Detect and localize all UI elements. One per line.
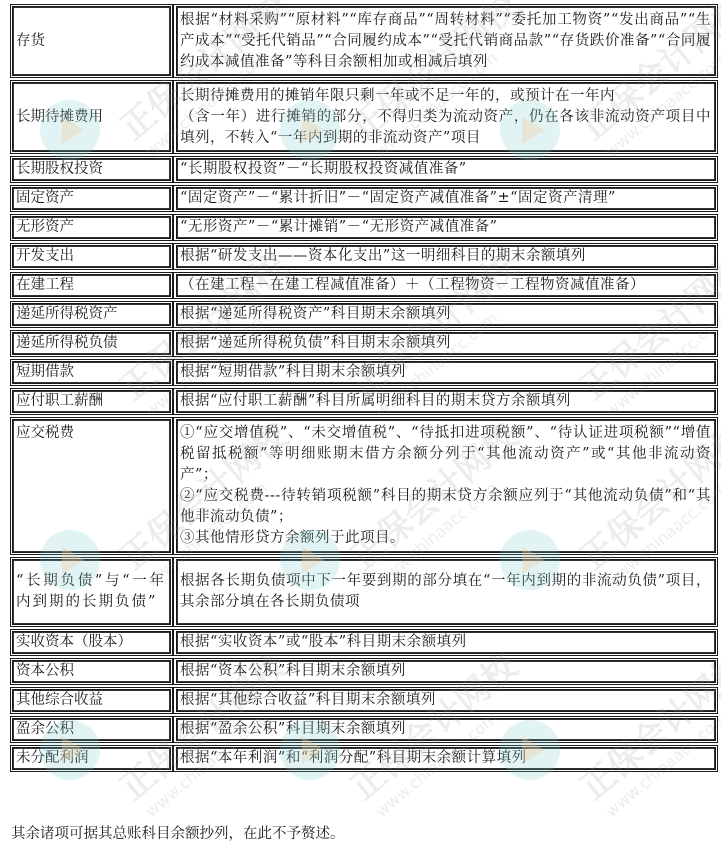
table-body: 存货根据“材料采购”“原材料”“库存商品”“周转材料”“委托加工物资”“发出商品… xyxy=(10,4,718,772)
fill-rule-text: 根据“材料采购”“原材料”“库存商品”“周转材料”“委托加工物资”“发出商品”“… xyxy=(180,10,711,73)
item-name-cell: “长期负债”与“一年内到期的长期负债” xyxy=(10,557,173,627)
fill-rule-cell: 根据各长期负债项中下一年要到期的部分填在“一年内到期的非流动负债”项目，其余部分… xyxy=(173,557,718,627)
item-name-cell: 长期待摊费用 xyxy=(10,80,173,154)
table-row: 递延所得税资产根据“递延所得税资产”科目期末余额填列 xyxy=(10,301,718,328)
fill-rule-cell: 根据“资本公积”科目期末余额填列 xyxy=(173,658,718,685)
item-name-cell: 盈余公积 xyxy=(10,716,173,743)
fill-rule-cell: 根据“短期借款”科目期末余额填列 xyxy=(173,359,718,386)
fill-rule-cell: 根据“递延所得税资产”科目期末余额填列 xyxy=(173,301,718,328)
table-row: 其他综合收益根据“其他综合收益”科目期末余额填列 xyxy=(10,687,718,714)
fill-rule-text: ①“应交增值税”、“未交增值税”、“待抵扣进项税额”、“待认证进项税额”“增值税… xyxy=(180,423,711,486)
fill-rule-text: 根据“应付职工薪酬”科目所属明细科目的期末贷方余额填列 xyxy=(180,391,711,412)
fill-rule-text: 根据“递延所得税负债”科目期末余额填列 xyxy=(180,333,711,354)
item-name-cell: 长期股权投资 xyxy=(10,156,173,183)
fill-rule-text: “无形资产”－“累计摊销”－“无形资产减值准备” xyxy=(180,217,711,238)
item-name-cell: 未分配利润 xyxy=(10,745,173,772)
fill-rule-text: 根据“实收资本”或“股本”科目期末余额填列 xyxy=(180,632,711,653)
item-name-cell: 应付职工薪酬 xyxy=(10,388,173,415)
fill-rule-text: “长期股权投资”－“长期股权投资减值准备” xyxy=(180,159,711,180)
table-row: 应交税费①“应交增值税”、“未交增值税”、“待抵扣进项税额”、“待认证进项税额”… xyxy=(10,417,718,555)
item-name-cell: 应交税费 xyxy=(10,417,173,555)
fill-rule-text: 根据“短期借款”科目期末余额填列 xyxy=(180,362,711,383)
table-row: 短期借款根据“短期借款”科目期末余额填列 xyxy=(10,359,718,386)
table-row: 存货根据“材料采购”“原材料”“库存商品”“周转材料”“委托加工物资”“发出商品… xyxy=(10,4,718,78)
fill-rule-cell: 根据“实收资本”或“股本”科目期末余额填列 xyxy=(173,629,718,656)
item-name-cell: 无形资产 xyxy=(10,214,173,241)
item-name-cell: 资本公积 xyxy=(10,658,173,685)
fill-rule-text: 根据“其他综合收益”科目期末余额填列 xyxy=(180,690,711,711)
fill-rule-cell: 根据“其他综合收益”科目期末余额填列 xyxy=(173,687,718,714)
balance-sheet-fill-rules-table: 存货根据“材料采购”“原材料”“库存商品”“周转材料”“委托加工物资”“发出商品… xyxy=(10,2,718,774)
fill-rule-cell: “长期股权投资”－“长期股权投资减值准备” xyxy=(173,156,718,183)
fill-rule-cell: 根据“材料采购”“原材料”“库存商品”“周转材料”“委托加工物资”“发出商品”“… xyxy=(173,4,718,78)
fill-rule-text: 根据“递延所得税资产”科目期末余额填列 xyxy=(180,304,711,325)
fill-rule-cell: 根据“研发支出——资本化支出”这一明细科目的期末余额填列 xyxy=(173,243,718,270)
fill-rule-text: 根据“研发支出——资本化支出”这一明细科目的期末余额填列 xyxy=(180,246,711,267)
fill-rule-text: 长期待摊费用的摊销年限只剩一年或不足一年的，或预计在一年内 xyxy=(180,86,711,107)
item-name-cell: 固定资产 xyxy=(10,185,173,212)
item-name-cell: 短期借款 xyxy=(10,359,173,386)
fill-rule-text: （含一年）进行摊销的部分，不得归类为流动资产，仍在各该非流动资产项目中填列，不转… xyxy=(180,107,711,149)
fill-rule-cell: “固定资产”－“累计折旧”－“固定资产减值准备”±“固定资产清理” xyxy=(173,185,718,212)
fill-rule-cell: （在建工程－在建工程减值准备）＋（工程物资－工程物资减值准备） xyxy=(173,272,718,299)
item-name-cell: 在建工程 xyxy=(10,272,173,299)
fill-rule-text: ③其他情形贷方余额列于此项目。 xyxy=(180,528,711,549)
table-row: 开发支出根据“研发支出——资本化支出”这一明细科目的期末余额填列 xyxy=(10,243,718,270)
item-name-cell: 开发支出 xyxy=(10,243,173,270)
fill-rule-cell: 根据“本年利润”和“利润分配”科目期末余额计算填列 xyxy=(173,745,718,772)
fill-rule-text: 根据“资本公积”科目期末余额填列 xyxy=(180,661,711,682)
fill-rule-cell: 根据“应付职工薪酬”科目所属明细科目的期末贷方余额填列 xyxy=(173,388,718,415)
fill-rule-cell: 长期待摊费用的摊销年限只剩一年或不足一年的，或预计在一年内（含一年）进行摊销的部… xyxy=(173,80,718,154)
fill-rule-text: ②“应交税费---待转销项税额”科目的期末贷方余额应列于“其他流动负债”和“其他… xyxy=(180,486,711,528)
fill-rule-cell: ①“应交增值税”、“未交增值税”、“待抵扣进项税额”、“待认证进项税额”“增值税… xyxy=(173,417,718,555)
table-row: 长期待摊费用长期待摊费用的摊销年限只剩一年或不足一年的，或预计在一年内（含一年）… xyxy=(10,80,718,154)
table-row: “长期负债”与“一年内到期的长期负债”根据各长期负债项中下一年要到期的部分填在“… xyxy=(10,557,718,627)
item-name-cell: 存货 xyxy=(10,4,173,78)
item-name-cell: 其他综合收益 xyxy=(10,687,173,714)
table-row: 固定资产“固定资产”－“累计折旧”－“固定资产减值准备”±“固定资产清理” xyxy=(10,185,718,212)
table-row: 盈余公积根据“盈余公积”科目期末余额填列 xyxy=(10,716,718,743)
fill-rule-cell: 根据“盈余公积”科目期末余额填列 xyxy=(173,716,718,743)
table-row: 未分配利润根据“本年利润”和“利润分配”科目期末余额计算填列 xyxy=(10,745,718,772)
item-name-cell: 递延所得税负债 xyxy=(10,330,173,357)
fill-rule-text: “固定资产”－“累计折旧”－“固定资产减值准备”±“固定资产清理” xyxy=(180,188,711,209)
table-row: 资本公积根据“资本公积”科目期末余额填列 xyxy=(10,658,718,685)
fill-rule-text: 根据“本年利润”和“利润分配”科目期末余额计算填列 xyxy=(180,748,711,769)
fill-rule-cell: “无形资产”－“累计摊销”－“无形资产减值准备” xyxy=(173,214,718,241)
fill-rule-text: （在建工程－在建工程减值准备）＋（工程物资－工程物资减值准备） xyxy=(180,275,711,296)
table-row: 无形资产“无形资产”－“累计摊销”－“无形资产减值准备” xyxy=(10,214,718,241)
fill-rule-cell: 根据“递延所得税负债”科目期末余额填列 xyxy=(173,330,718,357)
fill-rule-text: 根据“盈余公积”科目期末余额填列 xyxy=(180,719,711,740)
item-name-cell: 实收资本（股本） xyxy=(10,629,173,656)
fill-rule-text: 根据各长期负债项中下一年要到期的部分填在“一年内到期的非流动负债”项目，其余部分… xyxy=(180,571,711,613)
table-row: 应付职工薪酬根据“应付职工薪酬”科目所属明细科目的期末贷方余额填列 xyxy=(10,388,718,415)
table-row: 长期股权投资“长期股权投资”－“长期股权投资减值准备” xyxy=(10,156,718,183)
table-row: 递延所得税负债根据“递延所得税负债”科目期末余额填列 xyxy=(10,330,718,357)
table-row: 实收资本（股本）根据“实收资本”或“股本”科目期末余额填列 xyxy=(10,629,718,656)
item-name-cell: 递延所得税资产 xyxy=(10,301,173,328)
table-row: 在建工程（在建工程－在建工程减值准备）＋（工程物资－工程物资减值准备） xyxy=(10,272,718,299)
footer-note: 其余诸项可据其总账科目余额抄列，在此不予赘述。 xyxy=(11,824,345,844)
